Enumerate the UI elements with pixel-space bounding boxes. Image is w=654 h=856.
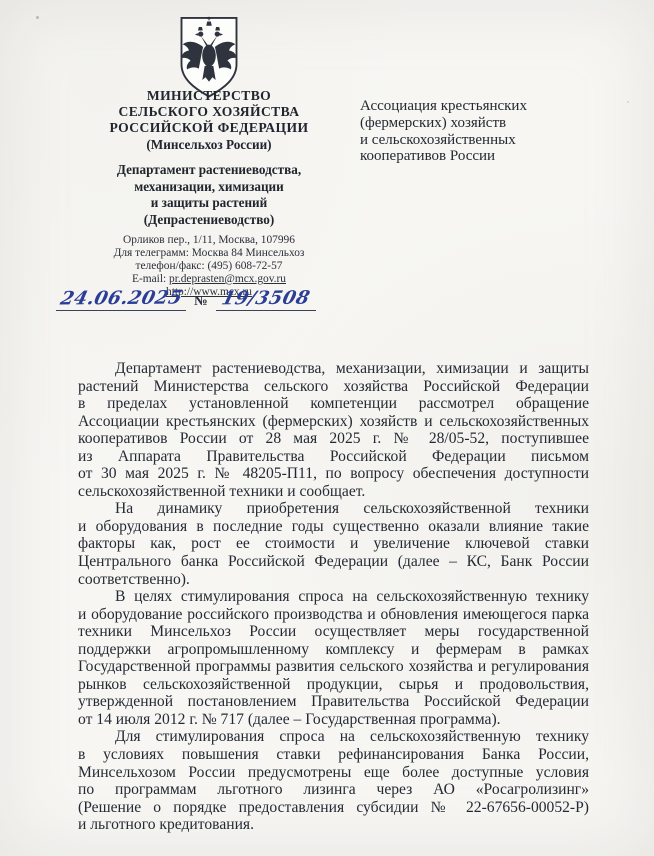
body-line: в условиях повышения ставки рефинансиров… (78, 746, 589, 764)
body-line: Минсельхозом России предусмотрены еще бо… (78, 764, 589, 782)
department-name-line: и защиты растений (58, 195, 360, 211)
scan-speck (36, 16, 39, 19)
recipient-line: кооперативов России (360, 148, 527, 165)
body-line: и оборудования в последние годы существе… (78, 518, 589, 536)
reference-row: 24.06.2025 № 19/3508 (56, 288, 316, 311)
body-line: техники Минсельхоз России осуществляет м… (78, 623, 589, 641)
ministry-short-name: (Минсельхоз России) (58, 137, 360, 153)
ministry-title: МИНИСТЕРСТВО СЕЛЬСКОГО ХОЗЯЙСТВА РОССИЙС… (58, 88, 360, 135)
body-line: растений Министерства сельского хозяйств… (78, 378, 589, 396)
body-line: соответственно). (78, 571, 589, 589)
recipient-line: и сельскохозяйственных (360, 132, 527, 149)
ministry-title-line: РОССИЙСКОЙ ФЕДЕРАЦИИ (58, 120, 360, 136)
number-field: 19/3508 (216, 288, 316, 311)
body-line: поддержки агропромышленному комплексу и … (78, 641, 589, 659)
recipient-line: (фермерских) хозяйств (360, 115, 527, 132)
body-line: и льготного кредитования. (78, 816, 589, 834)
body-line: Департамент растениеводства, механизации… (78, 360, 589, 378)
ministry-title-line: МИНИСТЕРСТВО (58, 88, 360, 104)
body-line: На динамику приобретения сельскохозяйств… (78, 500, 589, 518)
body-line: и оборудование российского производства … (78, 606, 589, 624)
body-line: Государственной программы развития сельс… (78, 658, 589, 676)
handwritten-date: 24.06.2025 (58, 287, 184, 309)
body-line: сельскохозяйственной техники и сообщает. (78, 483, 589, 501)
body-line: Для стимулирования спроса на сельскохозя… (78, 728, 589, 746)
body-line: (Решение о порядке предоставления субсид… (78, 799, 589, 817)
email-label: E-mail: (132, 273, 169, 285)
russian-coat-of-arms-icon (169, 14, 249, 86)
body-line: В целях стимулирования спроса на сельско… (78, 588, 589, 606)
email-line: E-mail: pr.deprasten@mcx.gov.ru (58, 273, 360, 286)
recipient-line: Ассоциация крестьянских (360, 98, 527, 115)
recipient-block: Ассоциация крестьянских (фермерских) хоз… (360, 98, 527, 165)
body-line: факторы как, рост ее стоимости и увеличе… (78, 535, 589, 553)
department-name-line: Департамент растениеводства, (58, 162, 360, 178)
body-line: Ассоциации крестьянских (фермерских) хоз… (78, 413, 589, 431)
date-field: 24.06.2025 (56, 288, 186, 311)
number-sign: № (194, 293, 208, 309)
department-name-line: механизации, химизации (58, 179, 360, 195)
body-line: от 14 июля 2012 г. № 717 (далее – Госуда… (78, 711, 589, 729)
scanned-letter-page: МИНИСТЕРСТВО СЕЛЬСКОГО ХОЗЯЙСТВА РОССИЙС… (0, 0, 654, 856)
body-line: из Аппарата Правительства Российской Фед… (78, 448, 589, 466)
body-line: в пределах установленной компетенции рас… (78, 395, 589, 413)
body-line: от 30 мая 2025 г. № 48205-П11, по вопрос… (78, 465, 589, 483)
body-line: по программам льготного лизинга через АО… (78, 781, 589, 799)
telegram-address: Для телеграмм: Москва 84 Минсельхоз (58, 247, 360, 260)
letterhead: МИНИСТЕРСТВО СЕЛЬСКОГО ХОЗЯЙСТВА РОССИЙС… (58, 0, 360, 299)
letter-body: Департамент растениеводства, механизации… (78, 360, 589, 834)
ministry-title-line: СЕЛЬСКОГО ХОЗЯЙСТВА (58, 104, 360, 120)
body-line: рынков сельскохозяйственной продукции, с… (78, 676, 589, 694)
department-name: Департамент растениеводства, механизации… (58, 162, 360, 228)
email-address: pr.deprasten@mcx.gov.ru (169, 273, 286, 285)
body-line: кооперативов России от 28 мая 2025 г. № … (78, 430, 589, 448)
phone-fax: телефон/факс: (495) 608-72-57 (58, 260, 360, 273)
body-line: Центрального банка Российской Федерации … (78, 553, 589, 571)
department-name-line: (Депрастениеводство) (58, 212, 360, 228)
postal-address: Орликов пер., 1/11, Москва, 107996 (58, 234, 360, 247)
body-line: утвержденной постановлением Правительств… (78, 693, 589, 711)
scan-speck (627, 101, 629, 103)
handwritten-number: 19/3508 (219, 288, 312, 310)
